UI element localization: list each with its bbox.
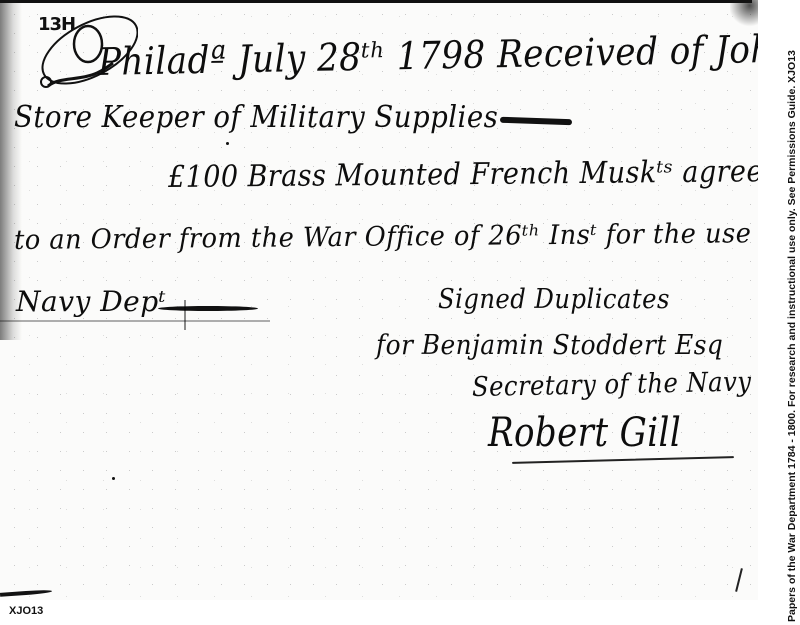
receipt-line-2: Store Keeper of Military Supplies: [14, 100, 498, 135]
signature: Robert Gill: [488, 410, 681, 456]
receipt-line-6: Signed Duplicates: [438, 284, 670, 315]
manuscript-scan: 13H Philadª July 28ᵗʰ 1798 Received of J…: [0, 0, 758, 600]
line-dash: [158, 306, 258, 311]
ink-spot: [112, 477, 115, 480]
archive-caption: Papers of the War Department 1784 - 1800…: [786, 62, 798, 622]
receipt-line-5: Navy Depᵗ: [16, 285, 166, 318]
document-page: 13H Philadª July 28ᵗʰ 1798 Received of J…: [0, 0, 800, 625]
receipt-line-8: Secretary of the Navy: [472, 367, 752, 403]
receipt-line-7: for Benjamin Stoddert Esq: [376, 330, 723, 361]
receipt-line-3: £100 Brass Mounted French Muskᵗˢ agreeab…: [168, 154, 758, 195]
scan-top-edge: [0, 0, 752, 3]
corner-smudge: [730, 0, 758, 28]
ink-spot: [226, 142, 229, 145]
crease-mark: [184, 300, 186, 330]
collection-id: XJO13: [9, 605, 43, 617]
fold-line: [0, 320, 270, 322]
